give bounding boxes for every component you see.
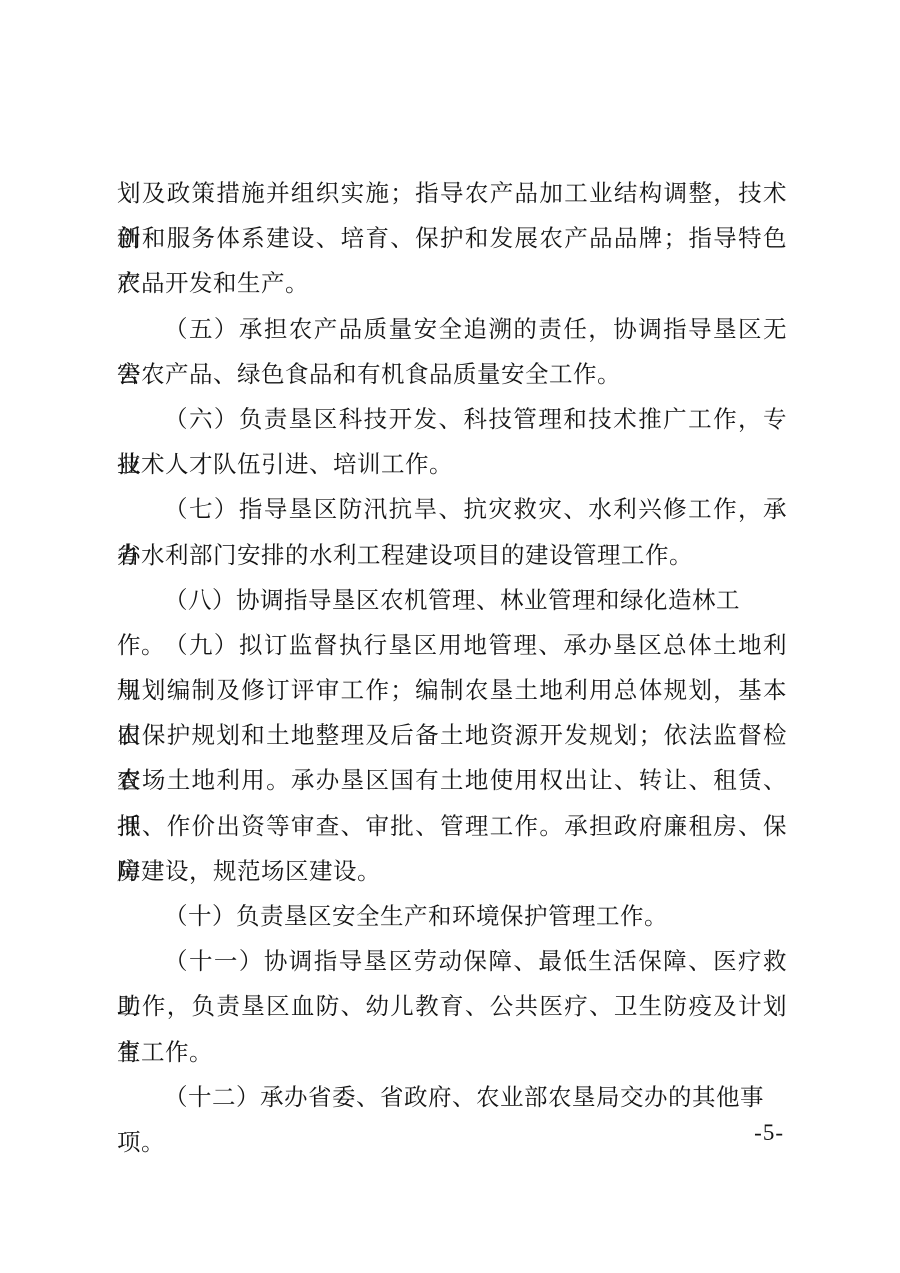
text-line-19: 工作，负责垦区血防、幼儿教育、公共医疗、卫生防疫及计划生 [117, 985, 787, 1030]
text-line-7: 技术人才队伍引进、培训工作。 [117, 443, 787, 488]
text-line-4-para-5-start: （五）承担农产品质量安全追溯的责任，协调指导垦区无公 [117, 308, 787, 353]
text-line-1: 划及政策措施并组织实施；指导农产品加工业结构调整，技术创 [117, 172, 787, 217]
document-body: 划及政策措施并组织实施；指导农产品加工业结构调整，技术创 新和服务体系建设、培育… [117, 172, 787, 1121]
document-page: 划及政策措施并组织实施；指导农产品加工业结构调整，技术创 新和服务体系建设、培育… [0, 0, 900, 1273]
text-line-21-para-12: （十二）承办省委、省政府、农业部农垦局交办的其他事项。 [117, 1076, 787, 1121]
text-line-6-para-6-start: （六）负责垦区科技开发、科技管理和技术推广工作，专业 [117, 398, 787, 443]
text-line-10-para-8: （八）协调指导垦区农机管理、林业管理和绿化造林工作。 [117, 579, 787, 624]
text-line-15: 押、作价出资等审查、审批、管理工作。承担政府廉租房、保障 [117, 805, 787, 850]
text-line-5: 害农产品、绿色食品和有机食品质量安全工作。 [117, 353, 787, 398]
text-line-13: 田保护规划和土地整理及后备土地资源开发规划；依法监督检查 [117, 714, 787, 759]
text-line-8-para-7-start: （七）指导垦区防汛抗旱、抗灾救灾、水利兴修工作，承办 [117, 488, 787, 533]
text-line-17-para-10: （十）负责垦区安全生产和环境保护管理工作。 [117, 895, 787, 940]
page-number: -5- [754, 1120, 784, 1146]
text-line-12: 规划编制及修订评审工作；编制农垦土地利用总体规划，基本农 [117, 669, 787, 714]
text-line-16: 房建设，规范场区建设。 [117, 850, 787, 895]
text-line-20: 育工作。 [117, 1031, 787, 1076]
text-line-11-para-9-start: （九）拟订监督执行垦区用地管理、承办垦区总体土地利用 [117, 624, 787, 669]
text-line-18-para-11-start: （十一）协调指导垦区劳动保障、最低生活保障、医疗救助 [117, 940, 787, 985]
text-line-9: 省水利部门安排的水利工程建设项目的建设管理工作。 [117, 534, 787, 579]
text-line-2: 新和服务体系建设、培育、保护和发展农产品品牌；指导特色农 [117, 217, 787, 262]
text-line-14: 农场土地利用。承办垦区国有土地使用权出让、转让、租赁、抵 [117, 759, 787, 804]
text-line-3: 产品开发和生产。 [117, 262, 787, 307]
